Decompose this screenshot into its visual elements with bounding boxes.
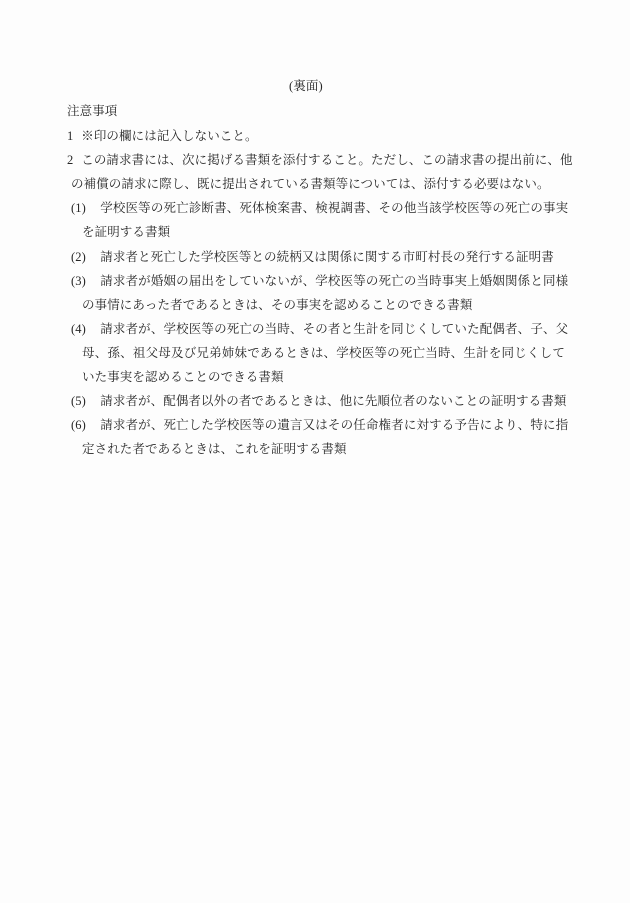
list-item: (5) 請求者が、配偶者以外の者であるときは、他に先順位者のないことの証明する書… xyxy=(71,393,566,409)
item-number: (5) xyxy=(71,393,97,409)
note-text: この請求書には、次に掲げる書類を添付すること。ただし、この請求書の提出前に、他 xyxy=(81,152,568,168)
item-number: (2) xyxy=(71,249,97,265)
item-text: を証明する書類 xyxy=(82,224,170,240)
note-text: ※印の欄には記入しないこと。 xyxy=(81,128,257,144)
item-text: 請求者が、配偶者以外の者であるときは、他に先順位者のないことの証明する書類 xyxy=(100,393,566,409)
list-item: (3) 請求者が婚姻の届出をしていないが、学校医等の死亡の当時事実上婚姻関係と同… xyxy=(71,273,568,289)
item-text: 定された者であるときは、これを証明する書類 xyxy=(82,441,347,457)
back-side-label: (裏面) xyxy=(289,78,323,94)
item-number: (3) xyxy=(71,273,97,289)
list-item: (4) 請求者が、学校医等の死亡の当時、その者と生計を同じくしていた配偶者、子、… xyxy=(71,321,568,337)
item-text: いた事実を認めることのできる書類 xyxy=(82,369,284,385)
note-text: の補償の請求に際し、既に提出されている書類等については、添付する必要はない。 xyxy=(71,176,550,192)
list-item-continuation: の事情にあった者であるときは、その事実を認めることのできる書類 xyxy=(82,297,472,313)
document-page-back: (裏面) 注意事項 1 ※印の欄には記入しないこと。 2 この請求書には、次に掲… xyxy=(0,0,630,903)
back-side-label-text: (裏面) xyxy=(289,78,323,94)
item-text: の事情にあった者であるときは、その事実を認めることのできる書類 xyxy=(82,297,472,313)
note-line: 1 ※印の欄には記入しないこと。 xyxy=(67,128,258,144)
notes-heading: 注意事項 xyxy=(67,103,117,119)
note-number: 1 xyxy=(67,128,78,144)
list-item-continuation: を証明する書類 xyxy=(82,224,170,240)
item-text: 学校医等の死亡診断書、死体検案書、検視調書、その他当該学校医等の死亡の事実 xyxy=(100,200,568,216)
note-line: 2 この請求書には、次に掲げる書類を添付すること。ただし、この請求書の提出前に、… xyxy=(67,152,568,168)
list-item: (1) 学校医等の死亡診断書、死体検案書、検視調書、その他当該学校医等の死亡の事… xyxy=(71,200,568,216)
item-text: 請求者と死亡した学校医等との続柄又は関係に関する市町村長の発行する証明書 xyxy=(100,249,554,265)
list-item: (2) 請求者と死亡した学校医等との続柄又は関係に関する市町村長の発行する証明書 xyxy=(71,249,554,265)
note-line-continuation: の補償の請求に際し、既に提出されている書類等については、添付する必要はない。 xyxy=(71,176,550,192)
item-number: (4) xyxy=(71,321,97,337)
notes-heading-text: 注意事項 xyxy=(67,103,117,119)
list-item-continuation: いた事実を認めることのできる書類 xyxy=(82,369,284,385)
list-item-continuation: 定された者であるときは、これを証明する書類 xyxy=(82,441,347,457)
note-number: 2 xyxy=(67,152,78,168)
list-item-continuation: 母、孫、祖父母及び兄弟姉妹であるときは、学校医等の死亡当時、生計を同じくして xyxy=(82,345,565,361)
item-text: 母、孫、祖父母及び兄弟姉妹であるときは、学校医等の死亡当時、生計を同じくして xyxy=(82,345,565,361)
list-item: (6) 請求者が、死亡した学校医等の遺言又はその任命権者に対する予告により、特に… xyxy=(71,417,568,433)
item-text: 請求者が、学校医等の死亡の当時、その者と生計を同じくしていた配偶者、子、父 xyxy=(100,321,568,337)
item-number: (6) xyxy=(71,417,97,433)
item-text: 請求者が婚姻の届出をしていないが、学校医等の死亡の当時事実上婚姻関係と同様 xyxy=(100,273,568,289)
item-number: (1) xyxy=(71,200,97,216)
item-text: 請求者が、死亡した学校医等の遺言又はその任命権者に対する予告により、特に指 xyxy=(100,417,568,433)
